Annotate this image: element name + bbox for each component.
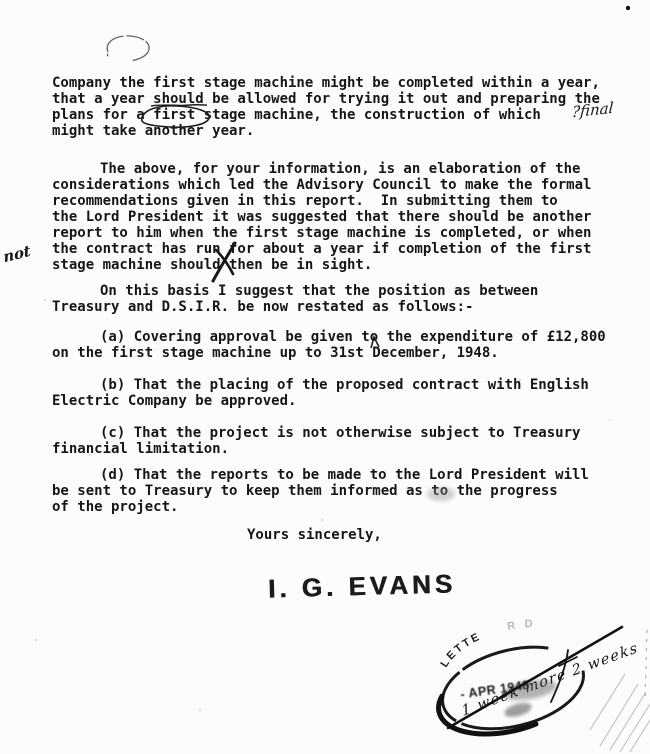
ink-dot <box>626 6 630 10</box>
typed-line: stage machine should then be in sight. <box>52 257 591 273</box>
stamp-arc-text: LETTE <box>438 630 483 669</box>
closing-salutation: Yours sincerely, <box>247 527 382 543</box>
margin-note-final: ?final <box>571 99 614 122</box>
handwritten-schedule-note: 1 week more 2 weeks <box>460 640 640 720</box>
typed-line: the Lord President it was suggested that… <box>52 209 591 225</box>
typed-line: be sent to Treasury to keep them informe… <box>52 483 589 499</box>
list-item-a: (a) Covering approval be given to the ex… <box>52 329 606 361</box>
typed-line: Electric Company be approved. <box>52 393 589 409</box>
typed-line: plans for a first stage machine, the con… <box>52 107 600 123</box>
typed-line: The above, for your information, is an e… <box>52 161 591 177</box>
typed-line: (d) That the reports to be made to the L… <box>52 467 589 483</box>
pencil-hatch <box>590 674 650 752</box>
typed-line: report to him when the first stage machi… <box>52 225 591 241</box>
typed-line: (a) Covering approval be given to the ex… <box>52 329 606 345</box>
scanned-letter-page: Company the first stage machine might be… <box>0 0 650 754</box>
typed-line: considerations which led the Advisory Co… <box>52 177 591 193</box>
typed-line: the contract has run for about a year if… <box>52 241 591 257</box>
typed-line: Company the first stage machine might be… <box>52 75 600 91</box>
pencil-dashes <box>645 630 647 700</box>
list-item-b: (b) That the placing of the proposed con… <box>52 377 589 409</box>
paragraph-elaboration: The above, for your information, is an e… <box>52 161 591 273</box>
typed-line: (c) That the project is not otherwise su… <box>52 425 580 441</box>
typed-line: on the first stage machine up to 31st De… <box>52 345 606 361</box>
typed-line: On this basis I suggest that the positio… <box>52 283 538 299</box>
typed-line: Treasury and D.S.I.R. be now restated as… <box>52 299 538 315</box>
stamp-arc-text-faint: R D <box>506 618 536 633</box>
margin-note-not: not <box>2 242 32 267</box>
typed-line: might take another year. <box>52 123 600 139</box>
paragraph-continuation: Company the first stage machine might be… <box>52 75 600 139</box>
paragraph-restated: On this basis I suggest that the positio… <box>52 283 538 315</box>
typed-line: of the project. <box>52 499 589 515</box>
signature-name: I. G. EVANS <box>268 568 457 604</box>
list-item-d: (d) That the reports to be made to the L… <box>52 467 589 515</box>
doodle-circle <box>107 36 149 62</box>
typed-line: recommendations given in this report. In… <box>52 193 591 209</box>
typed-line: financial limitation. <box>52 441 580 457</box>
typed-line: that a year should be allowed for trying… <box>52 91 600 107</box>
typed-line: (b) That the placing of the proposed con… <box>52 377 589 393</box>
list-item-c: (c) That the project is not otherwise su… <box>52 425 580 457</box>
